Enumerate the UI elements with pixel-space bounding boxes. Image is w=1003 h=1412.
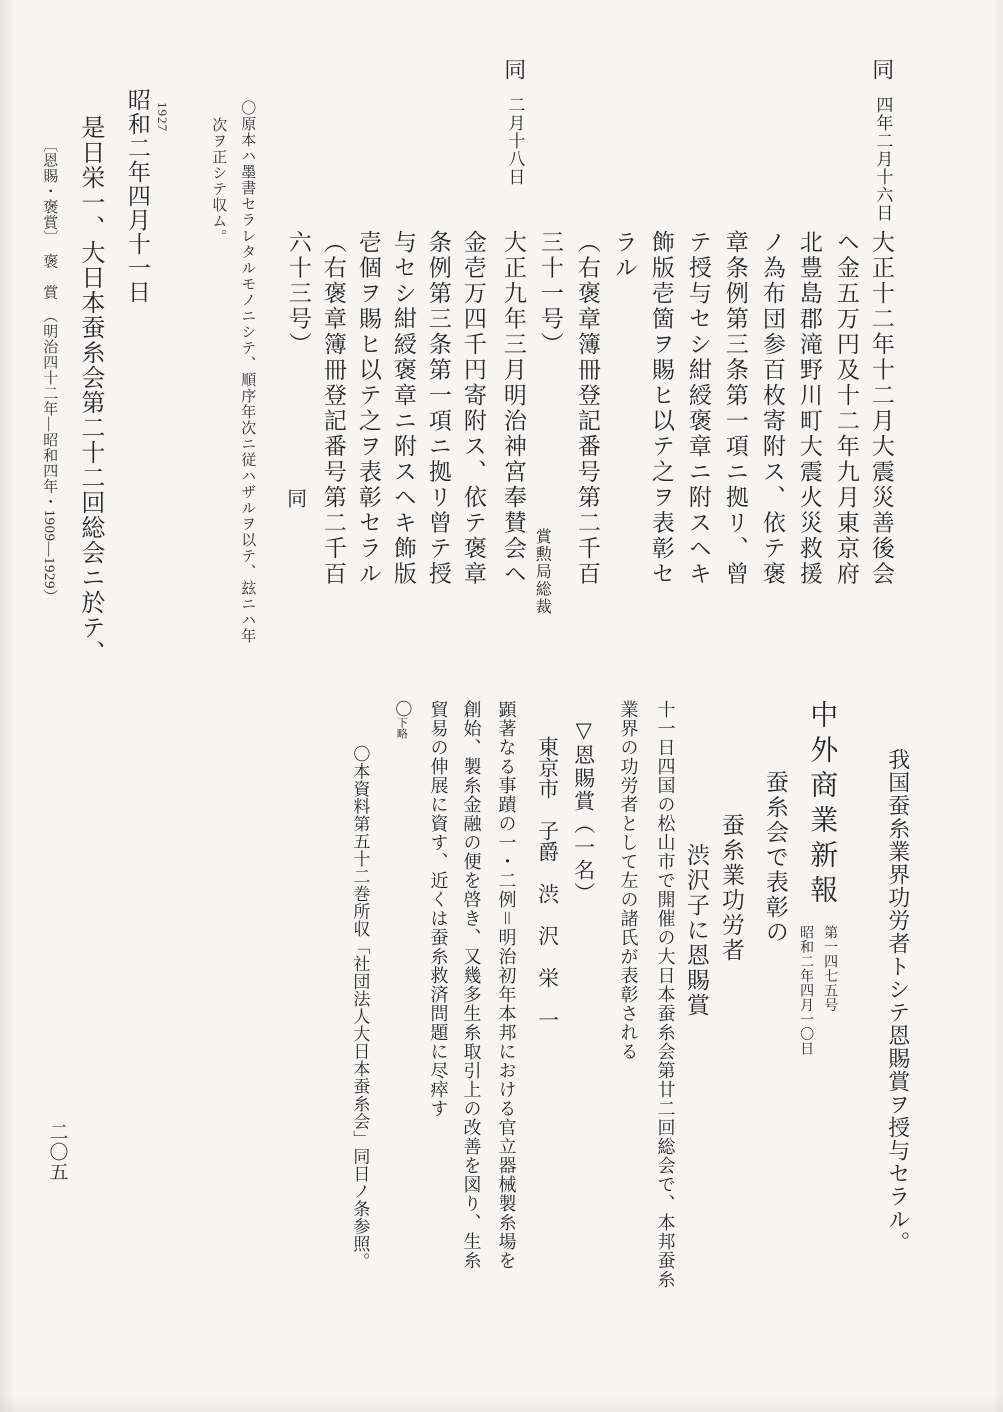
article-body-line: 十一日四国の松山市で開催の大日本蚕糸会第廿二回総会で、本邦蚕糸	[655, 700, 674, 1289]
entry2-line: 大正九年三月明治神宮奉賛会ヘ	[500, 230, 525, 587]
awardee-line: 東京市 子爵 渋 沢 栄 一	[536, 736, 559, 1030]
entry1-same-mark: 同	[870, 58, 894, 80]
date-heading: 昭和二年四月十一日	[124, 88, 149, 304]
omission-label: 下略	[395, 717, 407, 739]
entry1-line: 北豊島郡滝野川町大震火災救援	[796, 230, 821, 587]
western-year-label: 1927	[155, 102, 169, 132]
entry1-line: 飾版壱箇ヲ賜ヒ以テ之ヲ表彰セ	[648, 230, 673, 587]
running-head: 〔恩賜・褒賞〕 褒 賞 （明治四十二年―昭和四年・1909―1929）	[41, 137, 57, 605]
merit-line: 創始、製糸金融の便を啓き、又幾多生糸取引上の改善を図り、生糸	[461, 700, 480, 1270]
entry2-line: 条例第三条第一項ニ拠リ曾テ授	[425, 230, 450, 587]
entry2-same-mark: 同	[502, 58, 526, 80]
merit-line: 貿易の伸展に資す、近くは蚕糸救済問題に尽瘁す	[428, 700, 447, 1118]
entry2-line: （右褒章簿冊登記番号第二千百	[320, 230, 345, 587]
document-page: { "page": { "number": "二〇五", "background…	[0, 0, 1003, 1412]
entry2-line: 金壱万四千円寄附ス、依テ褒章	[460, 230, 485, 587]
reference-note: 〇本資料第五十二巻所収「社団法人大日本蚕糸会」同日ノ条参照。	[350, 745, 368, 1270]
entry1-date: 四年二月十六日	[873, 96, 891, 222]
entry2-line: 六十三号）	[285, 230, 310, 358]
newspaper-issue-date: 昭和二年四月一〇日	[798, 925, 813, 1056]
article-body-line: 業界の功労者として左の諸氏が表彰される	[618, 700, 637, 1061]
entry2-signer: 同	[283, 488, 305, 508]
entry1-line: 三十一号）	[537, 230, 562, 358]
award-class-line: ▽恩賜賞（一名）	[572, 718, 595, 905]
newspaper-name: 中外商業新報	[806, 700, 836, 910]
section-lead: 是日栄一、大日本蚕糸会第二十二回総会ニ於テ、	[76, 115, 102, 665]
editor-note-line: 次ヲ正シテ収ム。	[210, 117, 226, 245]
entry1-line: テ授与セシ紺綬褒章ニ附スヘキ	[685, 230, 710, 587]
entry1-line: （右褒章簿冊登記番号第二千百	[574, 230, 599, 587]
omission-note: 〇下略	[392, 700, 410, 739]
headline-line: 蚕糸会で表彰の	[762, 770, 787, 945]
entry2-line: 壱個ヲ賜ヒ以テ之ヲ表彰セラル	[355, 230, 380, 587]
entry1-line: ラル	[611, 230, 636, 281]
page-number: 二〇五	[46, 1122, 67, 1182]
headline-line: 渋沢子に恩賜賞	[683, 843, 708, 1018]
entry2-date: 二月十八日	[505, 96, 523, 186]
headline-line: 蚕糸業功労者	[718, 813, 743, 963]
omission-circle-mark: 〇	[392, 700, 411, 717]
entry1-signer: 賞勲局総裁	[533, 528, 550, 616]
editor-note-line: 〇原本ハ墨書セラレタルモノニシテ、順序年次ニ従ハザルヲ以テ、玆ニハ年	[239, 100, 255, 644]
article-summary: 我国蚕糸業界功労者トシテ恩賜賞ヲ授与セラル。	[886, 748, 910, 1254]
entry1-line: 章条例第三条第一項ニ拠リ、曾	[722, 230, 747, 587]
merit-line: 顕著なる事蹟の一・二例＝明治初年本邦における官立器械製糸場を	[496, 700, 515, 1270]
entry1-line: 大正十二年十二月大震災善後会	[868, 230, 893, 587]
entry1-line: ノ為布団参百枚寄附ス、依テ褒	[759, 230, 784, 587]
entry2-line: 与セシ紺綬褒章ニ附スヘキ飾版	[390, 230, 415, 587]
newspaper-issue-no: 第一四七五号	[822, 925, 837, 1012]
entry1-line: ヘ金五万円及十二年九月東京府	[833, 230, 858, 587]
